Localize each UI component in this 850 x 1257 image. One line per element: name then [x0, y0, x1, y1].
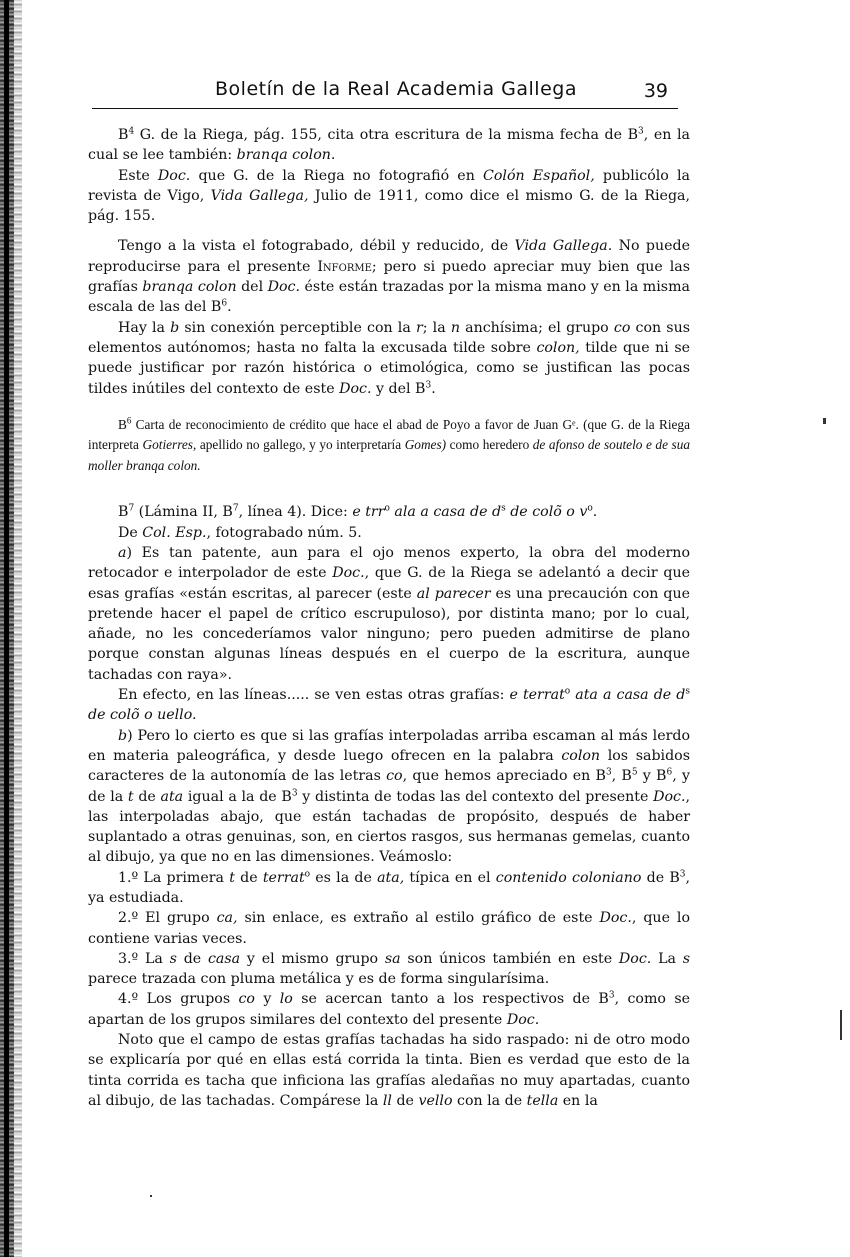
- paragraph-b7: B7 (Lámina II, B7, línea 4). Dice: e trr…: [88, 502, 690, 522]
- list-item-3: 3.º La s de casa y el mismo grupo sa son…: [88, 949, 690, 990]
- paragraph-noto: Noto que el campo de estas grafías tacha…: [88, 1030, 690, 1111]
- page-number: 39: [644, 80, 668, 102]
- book-spine-shadow: [4, 0, 9, 1257]
- note-b6: B6 Carta de reconocimiento de crédito qu…: [88, 415, 690, 477]
- paragraph-b4: B4 G. de la Riega, pág. 155, cita otra e…: [88, 125, 690, 166]
- paragraph-hay: Hay la b sin conexión perceptible con la…: [88, 318, 690, 399]
- list-item-1: 1.º La primera t de terrato es la de ata…: [88, 868, 690, 909]
- scan-speck: [150, 1195, 152, 1197]
- paragraph-este-doc: Este Doc. que G. de la Riega no fotograf…: [88, 166, 690, 227]
- page-header: Boletín de la Real Academia Gallega 39: [92, 74, 678, 109]
- running-title: Boletín de la Real Academia Gallega: [215, 78, 577, 100]
- scan-mark: [840, 1010, 842, 1040]
- list-item-2: 2.º El grupo ca, sin enlace, es extraño …: [88, 908, 690, 949]
- list-item-4: 4.º Los grupos co y lo se acercan tanto …: [88, 989, 690, 1030]
- paragraph-de-col: De Col. Esp., fotograbado núm. 5.: [88, 523, 690, 543]
- paragraph-tengo: Tengo a la vista el fotograbado, débil y…: [88, 236, 690, 317]
- paragraph-en-efecto: En efecto, en las líneas..... se ven est…: [88, 685, 690, 726]
- paragraph-a: a) Es tan patente, aun para el ojo menos…: [88, 543, 690, 685]
- scan-speck: [823, 418, 826, 424]
- paragraph-b: b) Pero lo cierto es que si las grafías …: [88, 726, 690, 868]
- page-body: B4 G. de la Riega, pág. 155, cita otra e…: [88, 125, 690, 1111]
